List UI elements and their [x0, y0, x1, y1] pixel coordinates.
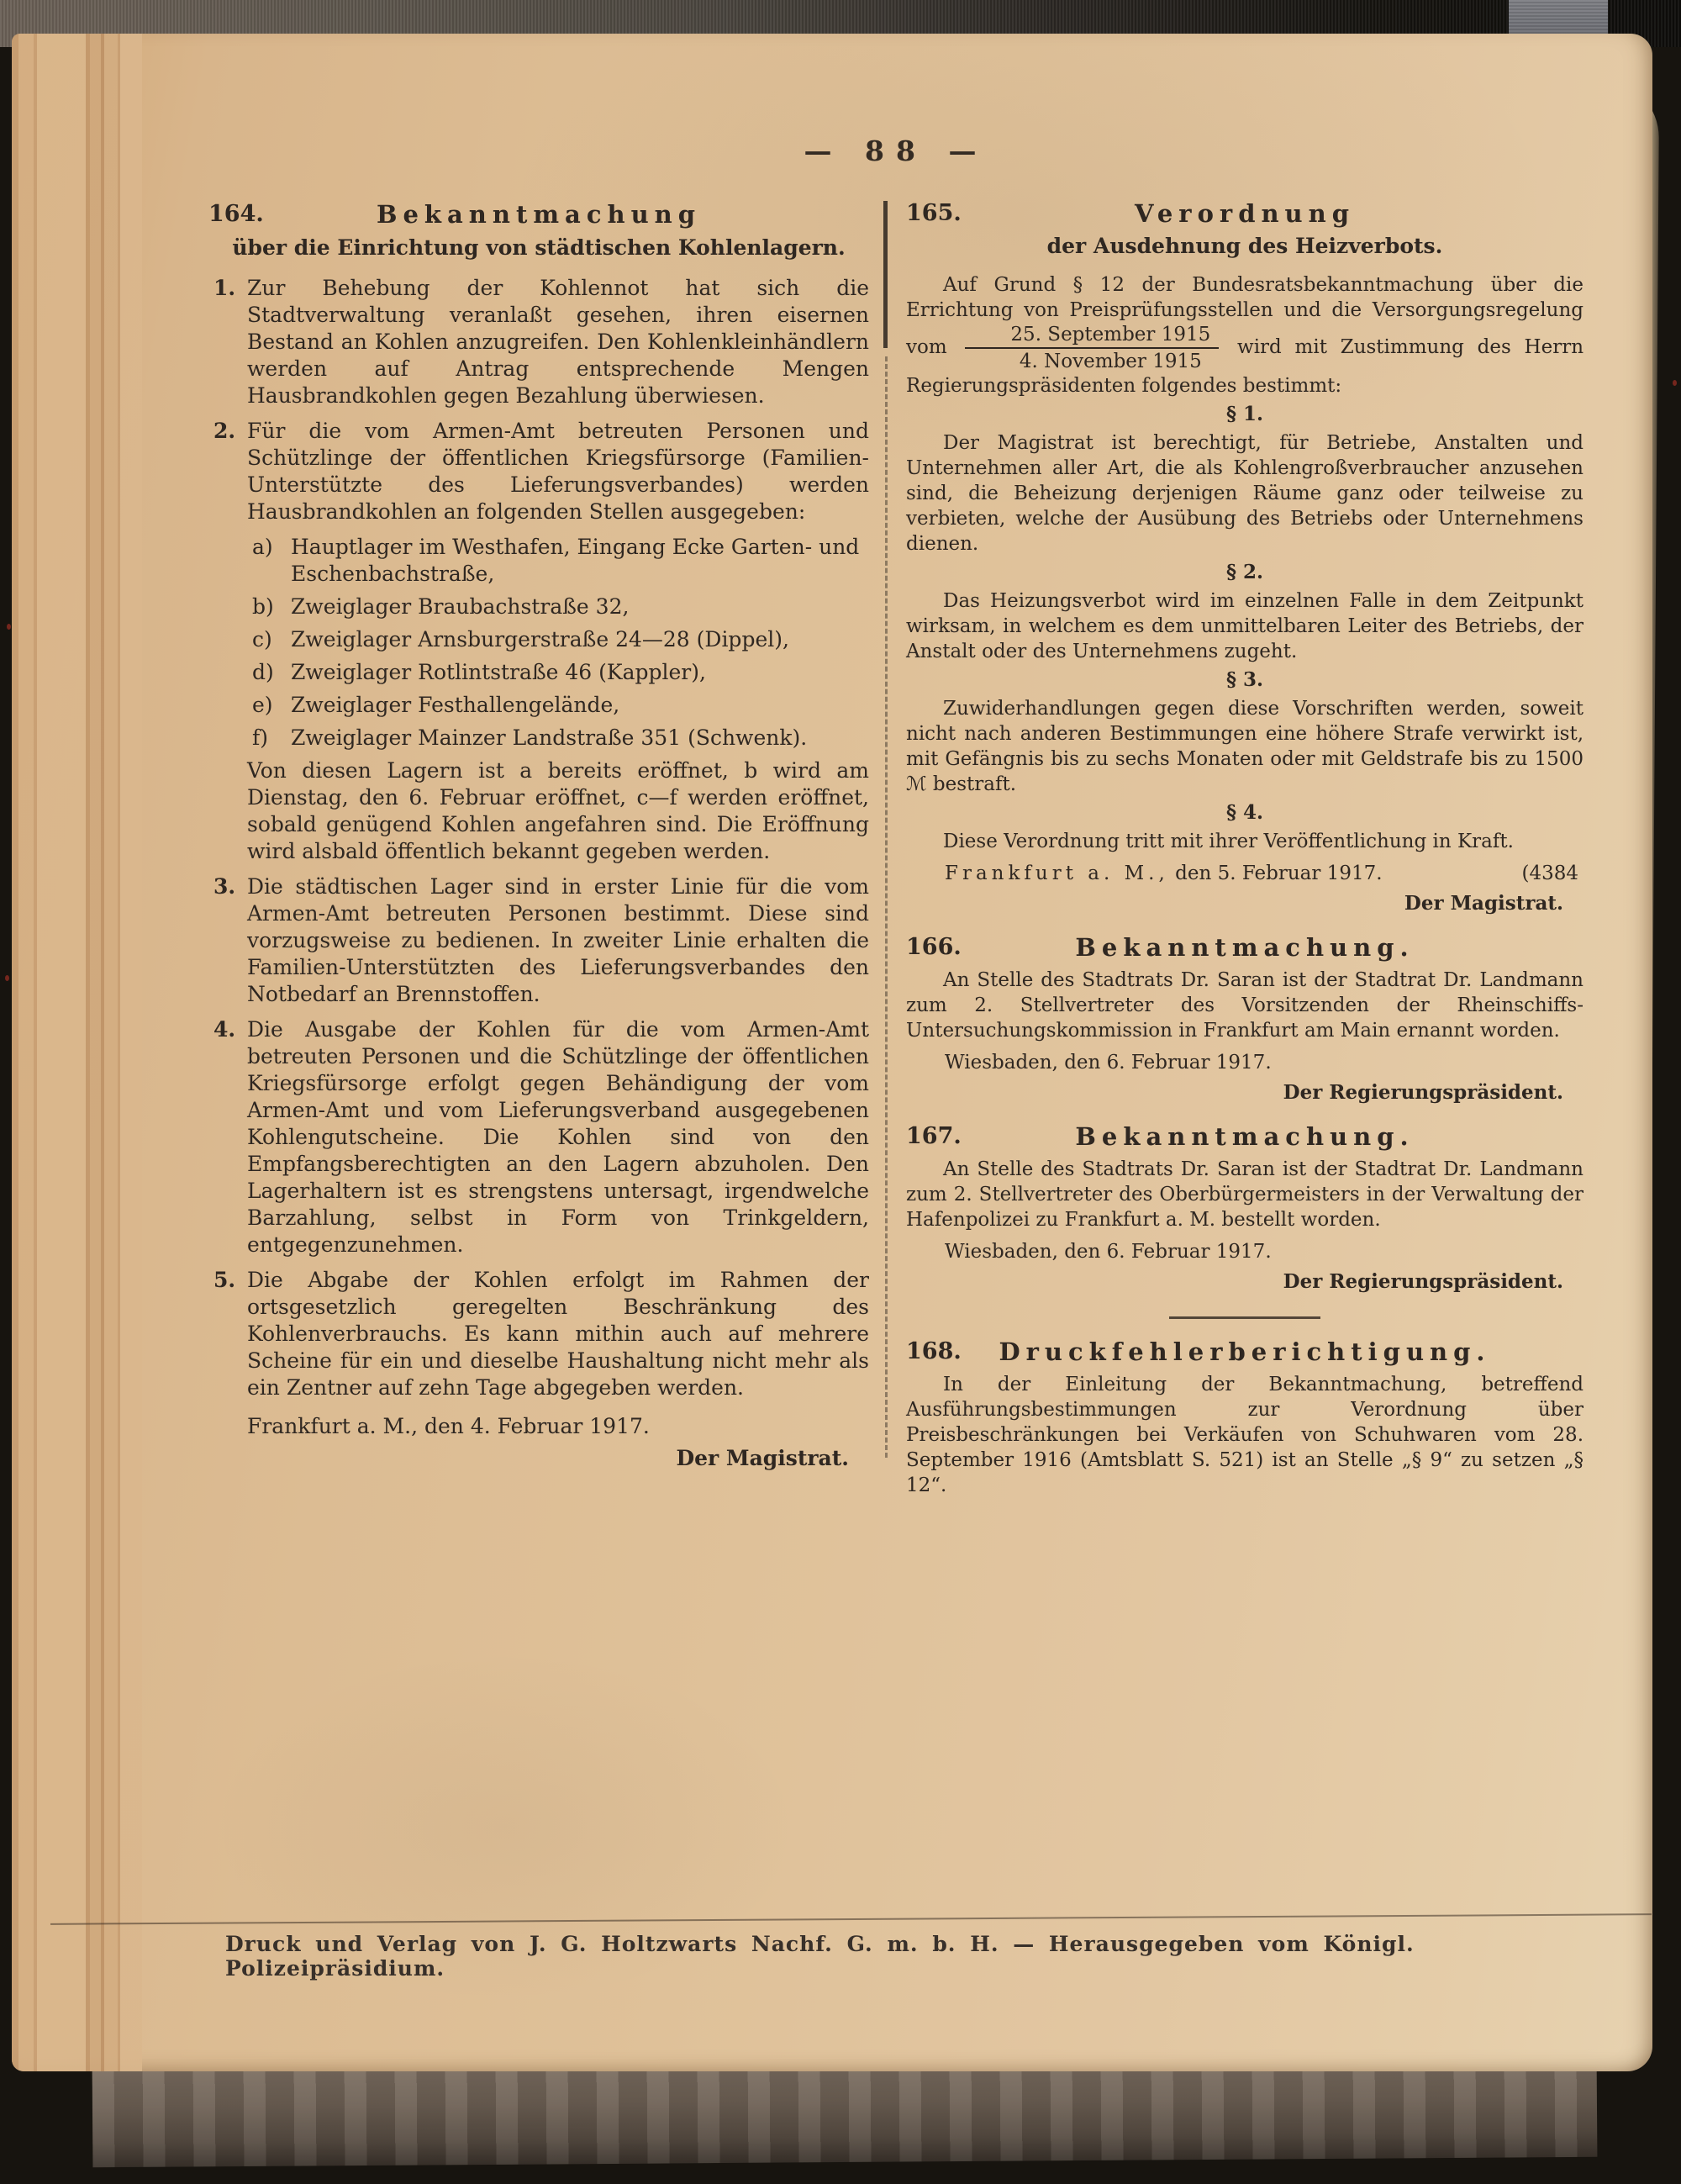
paragraph-text: Zuwiderhandlungen gegen diese Vorschrift…	[906, 696, 1584, 797]
section-167-heading: 167. Bekanntmachung.	[906, 1124, 1584, 1152]
section-164-heading: 164. Bekanntmachung	[208, 201, 869, 229]
date-fraction: 25. September 19154. November 1915	[965, 323, 1219, 373]
signature: Der Magistrat.	[208, 1445, 869, 1472]
paragraph-heading: § 2.	[906, 560, 1584, 585]
paragraph-heading: § 4.	[906, 800, 1584, 826]
section-subtitle: der Ausdehnung des Heizverbots.	[906, 234, 1584, 259]
list-item: 5. Die Abgabe der Kohlen erfolgt im Rahm…	[208, 1267, 869, 1401]
dateline: Frankfurt a. M., den 5. Februar 1917. (4…	[906, 861, 1584, 886]
file-number: (4384	[1521, 861, 1578, 886]
sub-list-item: b) Zweiglager Braubachstraße 32,	[252, 593, 869, 620]
dateline: Wiesbaden, den 6. Februar 1917.	[906, 1050, 1584, 1075]
item-marker: c)	[252, 626, 272, 653]
signature: Der Regierungspräsident.	[906, 1269, 1584, 1295]
red-ink-speck	[5, 975, 9, 981]
section-title: Bekanntmachung.	[1075, 933, 1414, 962]
book-page-block-edge	[92, 2056, 1598, 2167]
item-text: Zweiglager Festhallengelände,	[291, 693, 619, 717]
printed-text-area: — 88 — 164. Bekanntmachung über die Einr…	[208, 135, 1584, 1500]
paragraph-text: Das Heizungsverbot wird im einzelnen Fal…	[906, 588, 1584, 664]
item-continuation: Von diesen Lagern ist a bereits eröffnet…	[208, 757, 869, 865]
item-text: Zweiglager Arnsburgerstraße 24—28 (Dippe…	[291, 627, 789, 652]
item-text: Zweiglager Braubachstraße 32,	[291, 594, 629, 619]
section-title: Verordnung	[1135, 199, 1355, 228]
paragraph-heading: § 1.	[906, 402, 1584, 427]
red-ink-speck	[1673, 380, 1677, 386]
item-marker: 4.	[213, 1016, 235, 1043]
item-text: Für die vom Armen-Amt betreuten Personen…	[247, 419, 869, 524]
list-item: 3. Die städtischen Lager sind in erster …	[208, 873, 869, 1008]
section-divider	[1169, 1316, 1320, 1319]
fraction-bottom: 4. November 1915	[965, 349, 1219, 373]
item-marker: 5.	[213, 1267, 235, 1294]
section-number: 167.	[906, 1124, 962, 1149]
dateline-rest: den 5. Februar 1917.	[1175, 863, 1382, 884]
item-marker: f)	[252, 725, 268, 752]
sub-list-item: c) Zweiglager Arnsburgerstraße 24—28 (Di…	[252, 626, 869, 653]
item-text: Hauptlager im Westhafen, Eingang Ecke Ga…	[291, 535, 859, 586]
item-text: Zur Behebung der Kohlennot hat sich die …	[247, 276, 869, 408]
column-right: 165. Verordnung der Ausdehnung des Heizv…	[906, 201, 1584, 1500]
signature: Der Regierungspräsident.	[906, 1080, 1584, 1105]
column-divider-dashed	[885, 356, 888, 1458]
paragraph-text: Diese Verordnung tritt mit ihrer Veröffe…	[906, 829, 1584, 854]
sub-list-item: e) Zweiglager Festhallengelände,	[252, 692, 869, 719]
section-title: Druckfehlerberichtigung.	[999, 1337, 1490, 1366]
sub-list-item: f) Zweiglager Mainzer Landstraße 351 (Sc…	[252, 725, 869, 752]
item-marker: 3.	[213, 873, 235, 900]
section-title: Bekanntmachung.	[1075, 1122, 1414, 1151]
imprint-footer: Druck und Verlag von J. G. Holtzwarts Na…	[225, 1932, 1486, 1981]
list-item: 4. Die Ausgabe der Kohlen für die vom Ar…	[208, 1016, 869, 1258]
column-left: 164. Bekanntmachung über die Einrichtung…	[208, 201, 869, 1500]
scanned-gazette-page: — 88 — 164. Bekanntmachung über die Einr…	[0, 0, 1681, 2184]
section-title: Bekanntmachung	[377, 200, 701, 229]
red-ink-speck	[7, 624, 11, 630]
dateline: Wiesbaden, den 6. Februar 1917.	[906, 1239, 1584, 1264]
item-marker: b)	[252, 593, 274, 620]
signature: Der Magistrat.	[906, 891, 1584, 916]
section-body: In der Einleitung der Bekanntmachung, be…	[906, 1372, 1584, 1498]
paragraph-text: Der Magistrat ist berechtigt, für Betrie…	[906, 430, 1584, 557]
section-168-heading: 168. Druckfehlerberichtigung.	[906, 1339, 1584, 1367]
item-text: Zweiglager Mainzer Landstraße 351 (Schwe…	[291, 725, 807, 750]
list-item: 1. Zur Behebung der Kohlennot hat sich d…	[208, 275, 869, 409]
item-marker: e)	[252, 692, 273, 719]
section-166-heading: 166. Bekanntmachung.	[906, 935, 1584, 963]
dateline: Frankfurt a. M., den 4. Februar 1917.	[208, 1413, 869, 1440]
paragraph-heading: § 3.	[906, 667, 1584, 693]
item-text: Die Abgabe der Kohlen erfolgt im Rahmen …	[247, 1268, 869, 1400]
sub-list-item: d) Zweiglager Rotlintstraße 46 (Kappler)…	[252, 659, 869, 686]
dateline-city: Frankfurt a. M.,	[945, 863, 1169, 884]
item-text: Die städtischen Lager sind in erster Lin…	[247, 874, 869, 1006]
list-item: 2. Für die vom Armen-Amt betreuten Perso…	[208, 418, 869, 525]
section-number: 168.	[906, 1339, 962, 1364]
stacked-page-edges	[12, 34, 142, 2071]
item-marker: 1.	[213, 275, 235, 302]
item-marker: a)	[252, 534, 273, 561]
section-number: 164.	[208, 201, 264, 228]
section-body: An Stelle des Stadtrats Dr. Saran ist de…	[906, 1157, 1584, 1232]
section-body: An Stelle des Stadtrats Dr. Saran ist de…	[906, 968, 1584, 1043]
section-number: 165.	[906, 201, 962, 226]
item-text: Die Ausgabe der Kohlen für die vom Armen…	[247, 1017, 869, 1257]
item-marker: d)	[252, 659, 274, 686]
sub-list-item: a) Hauptlager im Westhafen, Eingang Ecke…	[252, 534, 869, 588]
section-subtitle: über die Einrichtung von städtischen Koh…	[208, 235, 869, 261]
page-number: — 88 —	[208, 135, 1584, 167]
section-165-heading: 165. Verordnung	[906, 201, 1584, 229]
item-text: Zweiglager Rotlintstraße 46 (Kappler),	[291, 660, 706, 684]
item-marker: 2.	[213, 418, 235, 445]
ordinance-intro: Auf Grund § 12 der Bundesratsbekanntmach…	[906, 272, 1584, 398]
column-divider	[883, 201, 888, 348]
section-number: 166.	[906, 935, 962, 960]
fraction-top: 25. September 1915	[965, 323, 1219, 349]
